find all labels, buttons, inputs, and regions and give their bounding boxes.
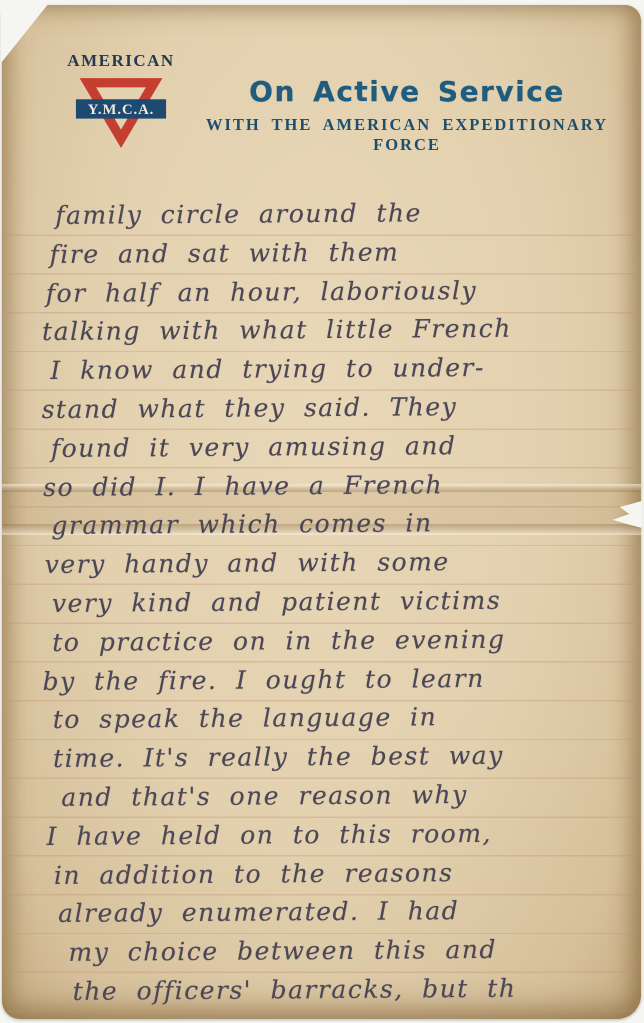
handwritten-line: and that's one reason why <box>41 775 624 818</box>
letterhead-subtitle: WITH THE AMERICAN EXPEDITIONARY FORCE <box>197 115 617 155</box>
ymca-logo: AMERICAN Y.M.C.A. <box>58 51 184 154</box>
handwritten-line: already enumerated. I had <box>42 891 625 934</box>
handwritten-line: time. It's really the best way <box>41 736 624 779</box>
handwritten-line: family circle around the <box>37 193 620 236</box>
handwritten-line: for half an hour, laboriously <box>38 271 621 314</box>
handwritten-line: I know and trying to under- <box>38 348 621 391</box>
logo-organization-label: AMERICAN <box>58 51 184 71</box>
handwritten-line: my choice between this and <box>42 930 625 973</box>
handwritten-line: to practice on in the evening <box>40 620 623 663</box>
handwritten-line: so did I. I have a French <box>39 465 622 508</box>
letter-paper: AMERICAN Y.M.C.A. On Active Service WITH… <box>2 5 641 1019</box>
handwritten-line: grammar which comes in <box>39 503 622 546</box>
scanned-letter: AMERICAN Y.M.C.A. On Active Service WITH… <box>0 0 644 1023</box>
letterhead-title: On Active Service <box>197 75 617 108</box>
handwritten-line: very handy and with some <box>40 542 623 585</box>
handwritten-line: found it very amusing and <box>39 426 622 469</box>
letterhead-text: On Active Service WITH THE AMERICAN EXPE… <box>197 75 617 155</box>
handwritten-line: to speak the language in <box>41 697 624 740</box>
ymca-triangle-icon: Y.M.C.A. <box>75 74 167 154</box>
handwritten-line: very kind and patient victims <box>40 581 623 624</box>
handwritten-line: by the fire. I ought to learn <box>40 659 623 702</box>
letterhead: AMERICAN Y.M.C.A. On Active Service WITH… <box>2 5 641 165</box>
handwritten-line: I have held on to this room, <box>41 814 624 857</box>
logo-banner-text: Y.M.C.A. <box>88 102 155 118</box>
handwritten-body: family circle around the fire and sat wi… <box>37 193 626 1012</box>
handwritten-line: talking with what little French <box>38 309 621 352</box>
handwritten-line: fire and sat with them <box>37 232 620 275</box>
handwritten-line: in addition to the reasons <box>42 853 625 896</box>
handwritten-line: the officers' barracks, but th <box>43 969 626 1012</box>
handwritten-line: stand what they said. They <box>39 387 622 430</box>
